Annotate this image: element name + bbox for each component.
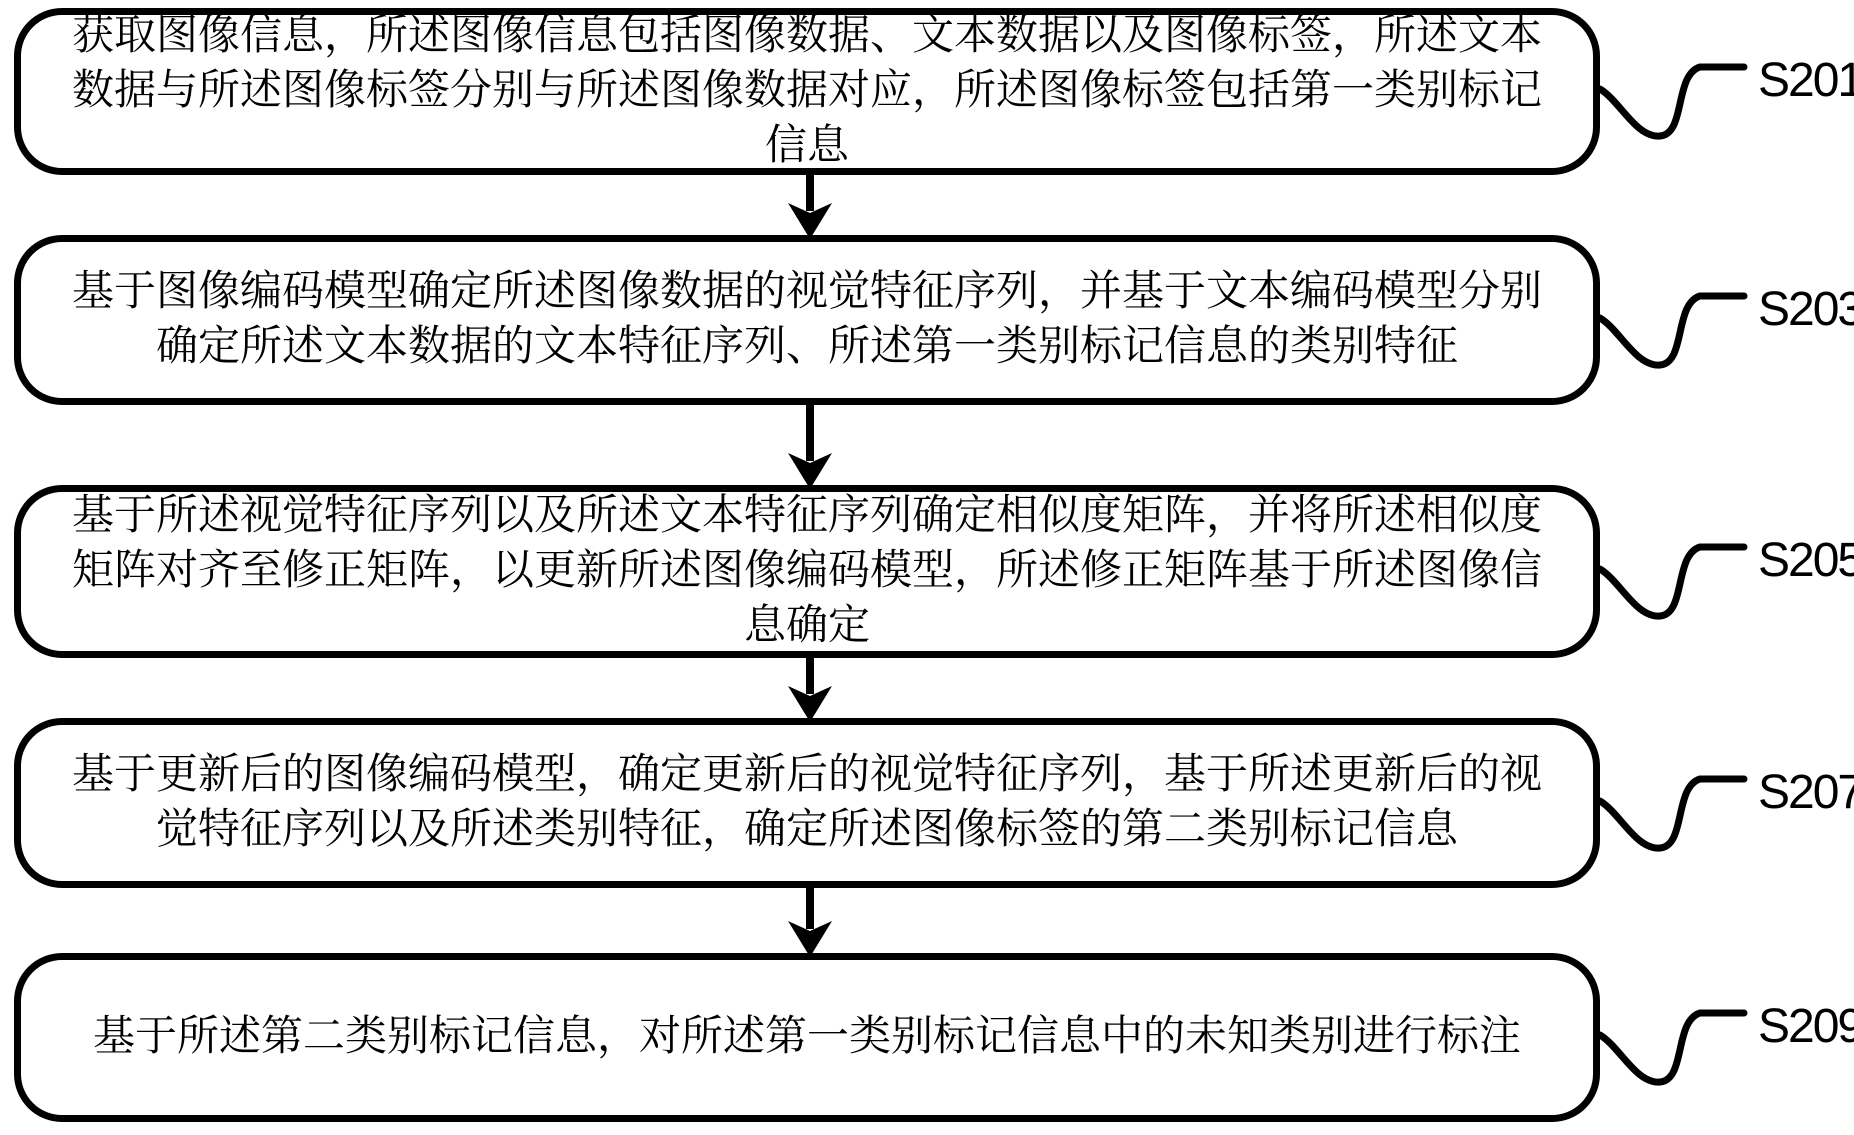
step-text-line: 觉特征序列以及所述类别特征，确定所述图像标签的第二类别标记信息 [156, 803, 1458, 858]
step-text-line: 获取图像信息，所述图像信息包括图像数据、文本数据以及图像标签，所述文本 [72, 9, 1542, 64]
flow-arrow-down-icon [786, 171, 834, 239]
leader-line-s201 [1594, 39, 1750, 144]
leader-line-s203 [1594, 268, 1750, 373]
step-text-line: 基于图像编码模型确定所述图像数据的视觉特征序列，并基于文本编码模型分别 [72, 265, 1542, 320]
step-text-line: 确定所述文本数据的文本特征序列、所述第一类别标记信息的类别特征 [156, 320, 1458, 375]
flow-arrow-down-icon [786, 656, 834, 722]
step-text-line: 基于更新后的图像编码模型，确定更新后的视觉特征序列，基于所述更新后的视 [72, 748, 1542, 803]
step-box-s207: 基于更新后的图像编码模型，确定更新后的视觉特征序列，基于所述更新后的视 觉特征序… [14, 718, 1600, 888]
step-box-s203: 基于图像编码模型确定所述图像数据的视觉特征序列，并基于文本编码模型分别 确定所述… [14, 235, 1600, 405]
flow-arrow-down-icon [786, 403, 834, 489]
step-box-s205: 基于所述视觉特征序列以及所述文本特征序列确定相似度矩阵，并将所述相似度 矩阵对齐… [14, 485, 1600, 658]
step-box-s209: 基于所述第二类别标记信息，对所述第一类别标记信息中的未知类别进行标注 [14, 953, 1600, 1122]
step-text-line: 基于所述第二类别标记信息，对所述第一类别标记信息中的未知类别进行标注 [93, 1010, 1521, 1065]
step-text-line: 数据与所述图像标签分别与所述图像数据对应，所述图像标签包括第一类别标记 [72, 64, 1542, 119]
step-label-s205: S205 [1758, 537, 1854, 585]
flowchart-figure: 获取图像信息，所述图像信息包括图像数据、文本数据以及图像标签，所述文本 数据与所… [0, 0, 1854, 1135]
step-text-line: 矩阵对齐至修正矩阵，以更新所述图像编码模型，所述修正矩阵基于所述图像信 [72, 544, 1542, 599]
leader-line-s207 [1594, 751, 1750, 856]
step-text-line: 基于所述视觉特征序列以及所述文本特征序列确定相似度矩阵，并将所述相似度 [72, 489, 1542, 544]
step-text-line: 息确定 [744, 599, 870, 654]
step-label-s209: S209 [1758, 1003, 1854, 1051]
step-text-line: 信息 [765, 119, 849, 174]
step-label-s203: S203 [1758, 286, 1854, 334]
step-label-s201: S201 [1758, 57, 1854, 105]
leader-line-s209 [1594, 985, 1750, 1090]
flow-arrow-down-icon [786, 886, 834, 957]
leader-line-s205 [1594, 519, 1750, 624]
step-box-s201: 获取图像信息，所述图像信息包括图像数据、文本数据以及图像标签，所述文本 数据与所… [14, 8, 1600, 175]
step-label-s207: S207 [1758, 769, 1854, 817]
